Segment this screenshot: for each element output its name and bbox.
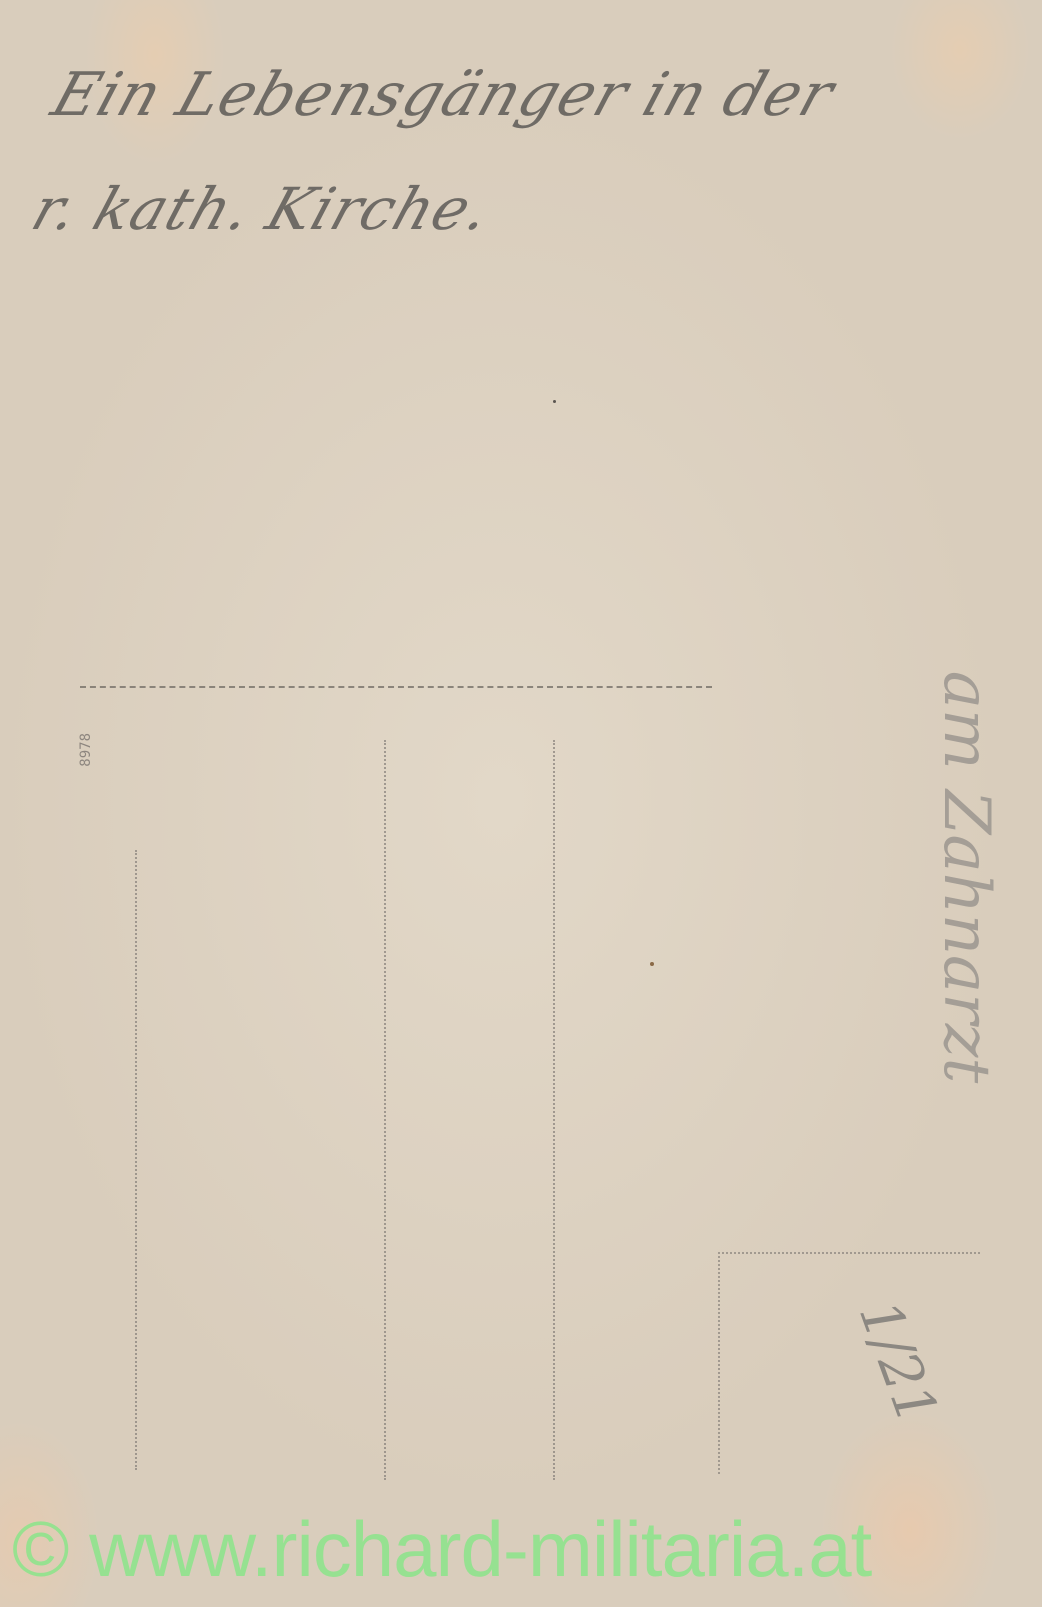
- address-line-left: [135, 850, 137, 1470]
- address-line-right: [553, 740, 555, 1480]
- handwritten-line-1: Ein Lebensgänger in der: [44, 60, 843, 130]
- paper-speck: [553, 400, 556, 403]
- address-line-middle: [384, 740, 386, 1480]
- postcard-back: Ein Lebensgänger in der r. kath. Kirche.…: [0, 0, 1042, 1607]
- print-number: 8978: [78, 733, 94, 767]
- handwritten-line-2: r. kath. Kirche.: [24, 175, 500, 243]
- handwritten-side-note: am Zahnarzt: [929, 671, 1003, 1083]
- message-divider-line: [80, 686, 712, 688]
- stamp-box: [718, 1252, 980, 1474]
- paper-speck: [650, 962, 654, 966]
- copyright-watermark: © www.richard-militaria.at: [12, 1504, 871, 1595]
